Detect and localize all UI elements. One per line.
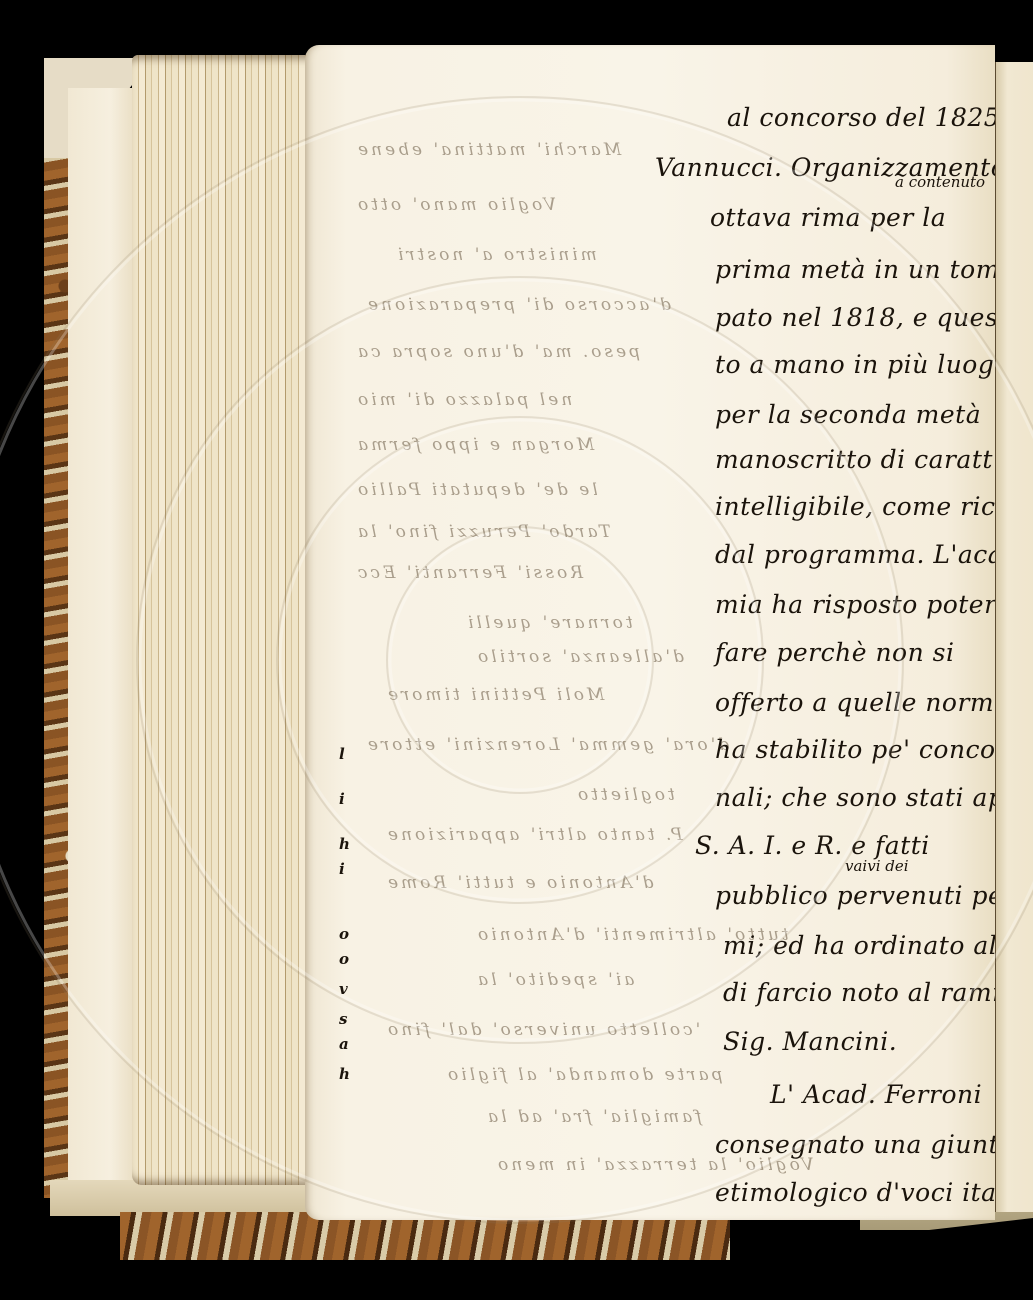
margin-mark: i (339, 860, 345, 878)
text-line: nali; che sono stati approva (715, 783, 995, 812)
text-line: mi; ed ha ordinato al Segret (723, 931, 995, 960)
bleed-line: d'alleanza' sortilo (475, 647, 684, 667)
bleed-line: famiglia' fra' ad la (485, 1107, 702, 1127)
text-line: fare perchè non si (715, 638, 954, 667)
handwritten-text: al concorso del 1825. il Vannucci. Organ… (715, 45, 995, 1220)
bleed-line: Rossi' Ferranti' Ecc (355, 563, 583, 583)
bleed-line: P. tanto altri' apparizione (385, 825, 682, 845)
text-line: dal programma. L'acad (715, 540, 995, 569)
bleed-line: toglietto (575, 785, 675, 805)
text-line: per la seconda metà (715, 400, 981, 429)
text-line: pubblico pervenuti per (715, 881, 995, 910)
bleed-through-text: Marchi' mattina' ebene Voglio mano' otto… (325, 45, 705, 1220)
margin-mark: s (339, 1010, 347, 1028)
margin-mark: l (339, 745, 345, 763)
bleed-line: Voglio mano' otto (355, 195, 556, 215)
margin-mark: i (339, 790, 345, 808)
adjacent-page-edge (995, 62, 1033, 1212)
text-line: pato nel 1818, e questo (715, 303, 995, 332)
interlinear-insertion: vaivi dei (845, 857, 909, 875)
bleed-line: Morgan e ippo ferma (355, 435, 594, 455)
bleed-line: ai' spedito' la (475, 970, 634, 990)
bleed-line: d'ora' gemma' Lorenzini' ettore (365, 735, 729, 755)
text-line: to a mano in più luoghi (715, 350, 995, 379)
manuscript-photograph: Marchi' mattina' ebene Voglio mano' otto… (0, 0, 1033, 1300)
text-line: S. A. I. e R. e fatti (695, 831, 930, 860)
text-line: etimologico d'voci italiane (715, 1178, 995, 1207)
bleed-line: Moli Pettini timore (385, 685, 604, 705)
interlinear-insertion: a contenuto (895, 173, 985, 191)
margin-mark: v (339, 980, 348, 998)
bleed-line: tornare' quelli (465, 613, 633, 633)
flyleaf (68, 88, 139, 1208)
margin-mark: o (339, 950, 349, 968)
text-line: prima metà in un tomo (715, 255, 995, 284)
text-line: consegnato una giunta al (715, 1130, 995, 1159)
margin-mark: a (339, 1035, 349, 1053)
bleed-line: Marchi' mattina' ebene (355, 140, 621, 160)
margin-mark: h (339, 835, 350, 853)
bleed-line: nel palazzo di' mio (355, 390, 572, 410)
manuscript-page: Marchi' mattina' ebene Voglio mano' otto… (305, 45, 995, 1220)
bleed-line: 'colletto universo' dal' fino (385, 1020, 700, 1040)
bleed-line: d'accorso di' preparazione (365, 295, 671, 315)
text-line: al concorso del 1825. il (727, 103, 995, 132)
margin-mark: h (339, 1065, 350, 1083)
text-line: intelligibile, come richi (715, 492, 995, 521)
bleed-line: le de' deputati Pallio (355, 480, 598, 500)
bleed-line: parte domanda' al figlio (445, 1065, 723, 1085)
text-line: manoscritto di caratt (715, 445, 993, 474)
text-line: mia ha risposto poter (715, 590, 995, 619)
text-line: Sig. Mancini. (723, 1027, 897, 1056)
bleed-line: peso. ma' d'uno sopra ca (355, 342, 640, 362)
text-line: ottava rima per la (710, 203, 946, 232)
fore-edge-leaves (132, 55, 322, 1185)
text-line: L' Acad. Ferroni (770, 1080, 982, 1109)
bleed-line: ministro a' nostri (395, 245, 597, 265)
bleed-line: d'Antonio e tutti' Rome (385, 873, 654, 893)
text-line: ha stabilito pe' concorsi (715, 735, 995, 764)
text-line: di farcio noto al rammen (723, 978, 995, 1007)
margin-mark: o (339, 925, 349, 943)
bleed-line: Tardo' Peruzzi fino' la (355, 522, 611, 542)
text-line: offerto a quelle norme ch (715, 688, 995, 717)
